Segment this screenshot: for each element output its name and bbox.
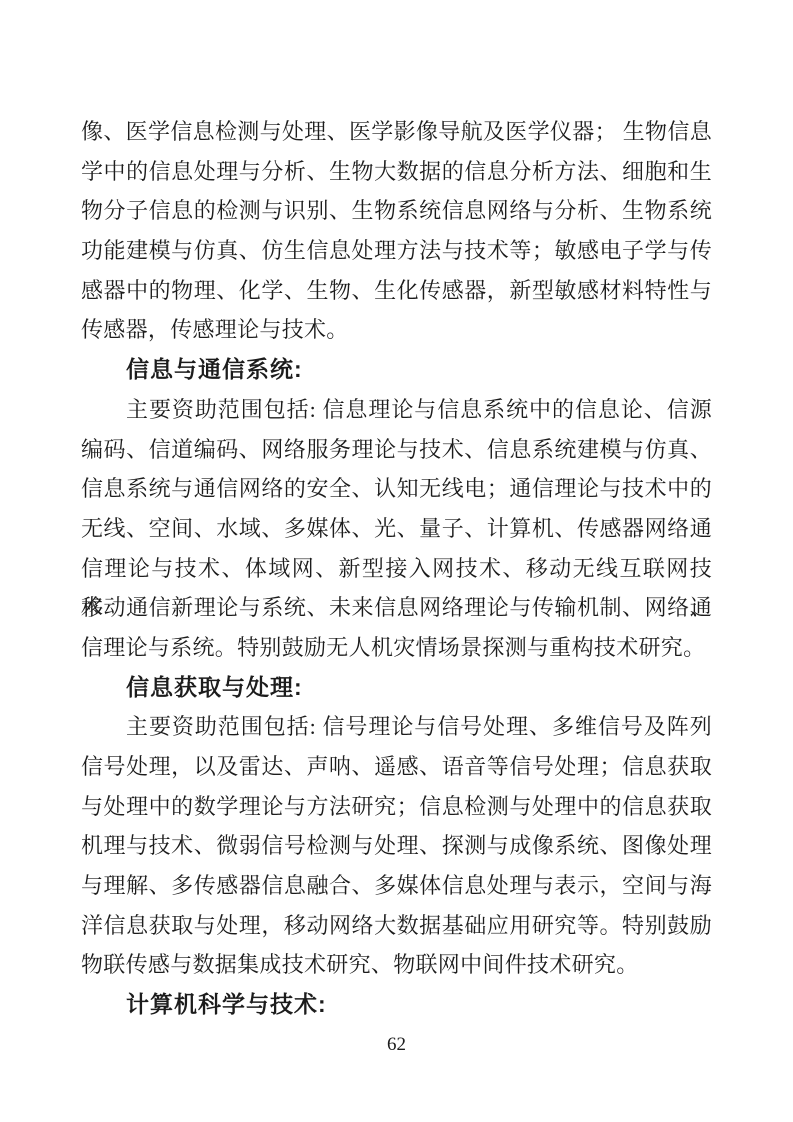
section-heading-computer-science-technology: 计算机科学与技术: — [81, 985, 712, 1025]
body-line: 移动通信新理论与系统、未来信息网络理论与传输机制、网络通 — [81, 588, 712, 628]
body-line: 信息系统与通信网络的安全、认知无线电；通信理论与技术中的 — [81, 469, 712, 509]
body-line: 感器中的物理、化学、生物、生化传感器，新型敏感材料特性与 — [81, 271, 712, 311]
body-line: 主要资助范围包括: 信号理论与信号处理、多维信号及阵列 — [81, 707, 712, 747]
body-line: 无线、空间、水域、多媒体、光、量子、计算机、传感器网络通 — [81, 509, 712, 549]
body-line: 主要资助范围包括: 信息理论与信息系统中的信息论、信源 — [81, 390, 712, 430]
body-line: 洋信息获取与处理，移动网络大数据基础应用研究等。特别鼓励 — [81, 906, 712, 946]
body-line: 与处理中的数学理论与方法研究；信息检测与处理中的信息获取 — [81, 787, 712, 827]
body-line: 信理论与技术、体域网、新型接入网技术、移动无线互联网技术、 — [81, 549, 712, 589]
body-line: 学中的信息处理与分析、生物大数据的信息分析方法、细胞和生 — [81, 152, 712, 192]
body-line: 物联传感与数据集成技术研究、物联网中间件技术研究。 — [81, 945, 712, 985]
section-heading-info-communication-systems: 信息与通信系统: — [81, 350, 712, 390]
text-column: 像、医学信息检测与处理、医学影像导航及医学仪器； 生物信息 学中的信息处理与分析… — [81, 112, 712, 1025]
body-line: 物分子信息的检测与识别、生物系统信息网络与分析、生物系统 — [81, 191, 712, 231]
document-page: 像、医学信息检测与处理、医学影像导航及医学仪器； 生物信息 学中的信息处理与分析… — [0, 0, 793, 1122]
body-line: 信号处理，以及雷达、声呐、遥感、语音等信号处理；信息获取 — [81, 747, 712, 787]
section-heading-info-acquisition-processing: 信息获取与处理: — [81, 668, 712, 708]
body-line: 机理与技术、微弱信号检测与处理、探测与成像系统、图像处理 — [81, 826, 712, 866]
body-line: 与理解、多传感器信息融合、多媒体信息处理与表示，空间与海 — [81, 866, 712, 906]
body-line: 信理论与系统。特别鼓励无人机灾情场景探测与重构技术研究。 — [81, 628, 712, 668]
page-number: 62 — [81, 1034, 712, 1056]
body-line: 功能建模与仿真、仿生信息处理方法与技术等；敏感电子学与传 — [81, 231, 712, 271]
body-line: 像、医学信息检测与处理、医学影像导航及医学仪器； 生物信息 — [81, 112, 712, 152]
body-line: 编码、信道编码、网络服务理论与技术、信息系统建模与仿真、 — [81, 430, 712, 470]
body-line: 传感器，传感理论与技术。 — [81, 310, 712, 350]
